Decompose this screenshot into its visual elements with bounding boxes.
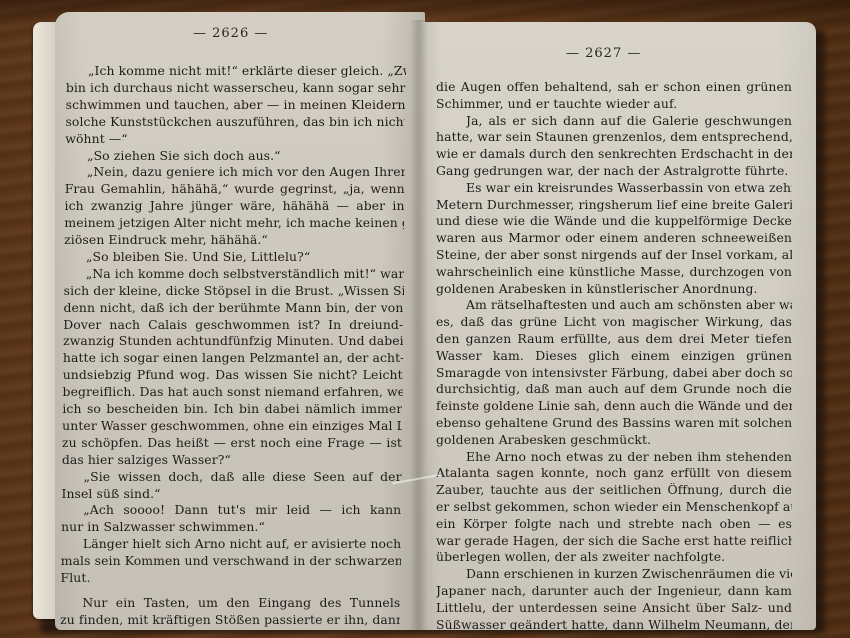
text-line: Gang gedrungen war, der nach der Astralg… (436, 164, 792, 178)
text-line: schwimmen und tauchen, aber — in meinen … (66, 98, 406, 112)
text-line: „So bleiben Sie. Und Sie, Littlelu?“ (86, 250, 404, 264)
text-line: ziösen Eindruck mehr, hähähä.“ (64, 233, 404, 247)
text-line: unter Wasser geschwommen, ohne ein einzi… (62, 419, 402, 433)
text-line: das hier salziges Wasser?“ (62, 453, 402, 467)
text-line: feinste goldene Linie sah, denn auch die… (436, 399, 792, 413)
text-line: Japaner nach, darunter auch der Ingenieu… (436, 584, 792, 598)
text-line: Insel süß sind.“ (61, 487, 401, 501)
text-line: Dann erschienen in kurzen Zwischenräumen… (466, 567, 792, 581)
text-line: Smaragde von intensivster Färbung, dabei… (436, 366, 792, 380)
text-line: Süßwasser geändert hatte, dann Wilhelm N… (436, 618, 792, 630)
text-line: „Ich komme nicht mit!“ erklärte dieser g… (88, 64, 406, 78)
text-line: „Sie wissen doch, daß alle diese Seen au… (84, 470, 402, 484)
text-line: er selbst gekommen, schon wieder ein Men… (436, 500, 792, 514)
text-line: goldenen Arabesken geschmückt. (436, 433, 792, 447)
text-line: Flut. (61, 571, 401, 585)
text-line: ich so bescheiden bin. Ich bin dabei näm… (62, 402, 402, 416)
text-line: Metern Durchmesser, ringsherum lief eine… (436, 198, 792, 212)
text-line: überlegen wollen, der als zweiter nachfo… (436, 550, 792, 564)
text-line: begreiflich. Das hat auch sonst niemand … (63, 385, 403, 399)
text-line: solche Kunststückchen auszuführen, das b… (65, 115, 405, 129)
text-line: „So ziehen Sie sich doch aus.“ (87, 149, 405, 163)
text-line: denn nicht, daß ich der berühmte Mann bi… (63, 301, 403, 315)
text-line: „Nein, dazu geniere ich mich vor den Aug… (87, 165, 405, 179)
text-line: meinem jetzigen Alter nicht mehr, ich ma… (64, 216, 404, 230)
text-line: durchsichtig, daß man auch auf dem Grund… (436, 382, 792, 396)
text-line: Es war ein kreisrundes Wasserbassin von … (466, 181, 792, 195)
text-line: „Ach soooo! Dann tut's mir leid — ich ka… (83, 503, 401, 517)
text-line: Frau Gemahlin, hähähä,“ wurde gegrinst, … (65, 182, 405, 196)
text-line: Steine, der aber sonst nirgends auf der … (436, 248, 792, 262)
text-line: Atalanta sagen konnte, noch ganz erfüllt… (436, 466, 792, 480)
text-line: hatte, war sein Staunen grenzenlos, dem … (436, 130, 792, 144)
text-line: zu finden, mit kräftigen Stößen passiert… (60, 613, 400, 627)
text-line: Schimmer, und er tauchte wieder auf. (436, 97, 792, 111)
text-line: wöhnt —“ (65, 132, 405, 146)
text-line: Wasser kam. Dieses glich einem einzigen … (436, 349, 792, 363)
text-line: sich der kleine, dicke Stöpsel in die Br… (64, 284, 404, 298)
text-line: ich zwanzig Jahre jünger wäre, hähähä — … (65, 199, 405, 213)
text-line: war gerade Hagen, der sich die Sache ers… (436, 534, 792, 548)
text-line: Littlelu, der unterdessen seine Ansicht … (436, 601, 792, 615)
text-line: den ganzen Raum erfüllte, aus dem drei M… (436, 332, 792, 346)
right-page: — 2627 — die Augen offen behaltend, sah … (418, 22, 816, 630)
text-line: hatte ich sogar einen langen Pelzmantel … (63, 351, 403, 365)
text-line: Nur ein Tasten, um den Eingang des Tunne… (82, 596, 400, 610)
text-line: wahrscheinlich eine künstliche Masse, du… (436, 265, 792, 279)
text-line: goldenen Arabesken in künstlerischer Ano… (436, 282, 792, 296)
text-line: zwanzig Stunden achtundfünfzig Minuten. … (63, 334, 403, 348)
text-line: Zauber, tauchte aus der seitlichen Öffnu… (436, 483, 792, 497)
text-line: Ja, als er sich dann auf die Galerie ges… (466, 114, 792, 128)
text-line: bin ich durchaus nicht wasserscheu, kann… (66, 81, 406, 95)
text-line: „Na ich komme doch selbstverständlich mi… (86, 267, 404, 281)
text-line: und diese wie die Wände und die kuppelfö… (436, 214, 792, 228)
text-line: wie er damals durch den senkrechten Erds… (436, 147, 792, 161)
text-line: Dover nach Calais geschwommen ist? In dr… (63, 318, 403, 332)
text-line: undsiebzig Pfund wog. Das wissen Sie nic… (63, 368, 403, 382)
left-page: — 2626 — „Ich komme nicht mit!“ erklärte… (55, 12, 425, 630)
text-line: Ehe Arno noch etwas zu der neben ihm ste… (466, 450, 792, 464)
page-number-right: — 2627 — (566, 46, 641, 61)
text-line: mals sein Kommen und verschwand in der s… (61, 554, 401, 568)
text-line: Am rätselhaftesten und auch am schönsten… (466, 298, 792, 312)
text-line: die Augen offen behaltend, sah er schon … (436, 80, 792, 94)
text-line: ein Körper folgte nach und strebte nach … (436, 517, 792, 531)
text-line: nur in Salzwasser schwimmen.“ (61, 520, 401, 534)
text-line: ebenso gehaltene Grund des Bassins waren… (436, 416, 792, 430)
page-number-left: — 2626 — (193, 26, 268, 41)
text-line: Länger hielt sich Arno nicht auf, er avi… (83, 537, 401, 551)
text-line: zu schöpfen. Das heißt — erst noch eine … (62, 436, 402, 450)
text-line: es, daß das grüne Licht von magischer Wi… (436, 315, 792, 329)
text-line: waren aus Marmor oder einem anderen schn… (436, 231, 792, 245)
